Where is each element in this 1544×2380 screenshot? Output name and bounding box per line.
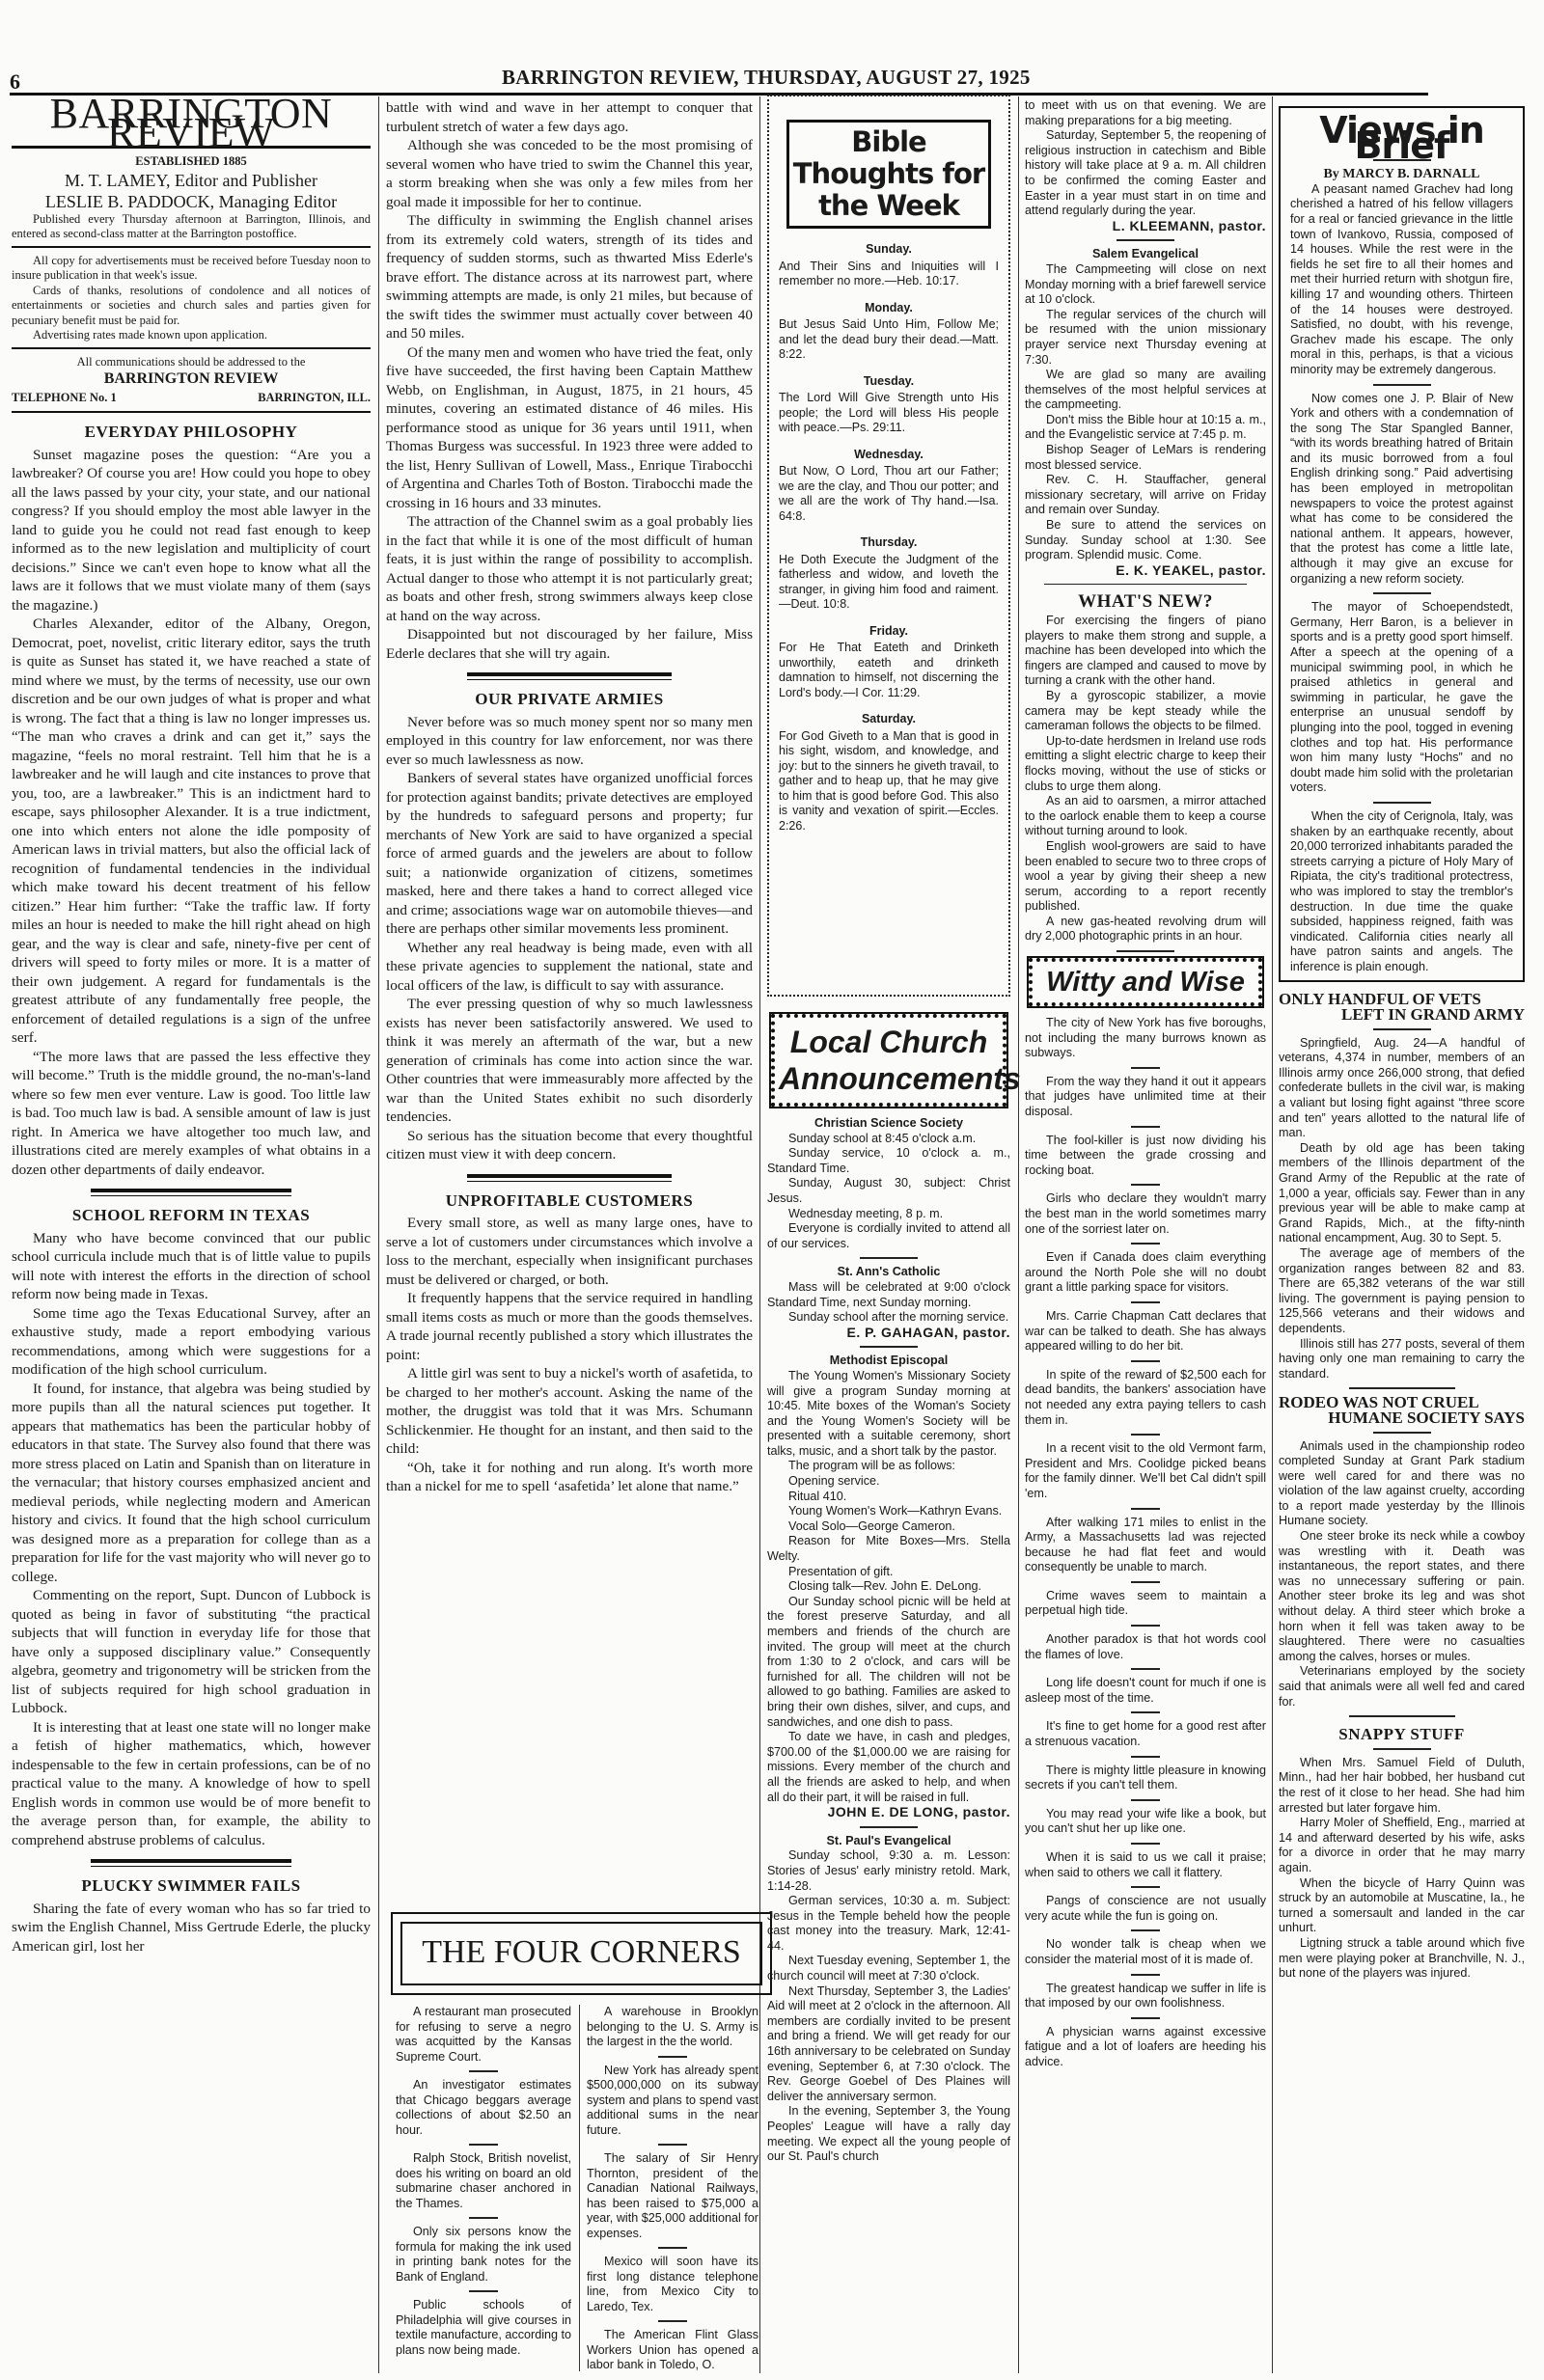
address-name: BARRINGTON REVIEW <box>12 369 371 389</box>
separator <box>1131 2017 1160 2019</box>
church-announcements: Local Church Announcements Christian Sci… <box>767 1008 1010 2165</box>
editorial-paragraph: The attraction of the Channel swim as a … <box>386 512 753 625</box>
communications-line: All communications should be addressed t… <box>12 355 371 370</box>
separator <box>1131 1301 1160 1303</box>
bible-verse: And Their Sins and Iniquities will I rem… <box>779 260 999 289</box>
church-line: Young Women's Work—Kathryn Evans. <box>767 1504 1010 1519</box>
quip: It's fine to get home for a good rest af… <box>1025 1719 1266 1749</box>
column-rule <box>378 96 379 2373</box>
church-line: Sunday, August 30, subject: Christ Jesus… <box>767 1176 1010 1206</box>
rule <box>12 411 371 413</box>
masthead-title: BARRINGTON REVIEW <box>12 104 371 142</box>
rule <box>12 246 371 248</box>
news-item: Up-to-date herdsmen in Ireland use rods … <box>1025 734 1266 794</box>
column-rule <box>1272 96 1273 2373</box>
separator <box>1373 802 1431 804</box>
news-item: When the bicycle of Harry Quinn was stru… <box>1279 1876 1525 1936</box>
pastor-signature: JOHN E. DE LONG, pastor. <box>767 1805 1010 1820</box>
news-paragraph: Illinois still has 277 posts, several of… <box>1279 1337 1525 1382</box>
view-item: The mayor of Schoependstedt, Germany, He… <box>1290 600 1513 796</box>
church-line: Bishop Seager of LeMars is rendering mos… <box>1025 443 1266 473</box>
telephone: TELEPHONE No. 1 <box>12 389 117 408</box>
editorial-paragraph: Some time ago the Texas Educational Surv… <box>12 1304 371 1380</box>
church-line: German services, 10:30 a. m. Subject: Je… <box>767 1894 1010 1954</box>
news-item: As an aid to oarsmen, a mirror attached … <box>1025 794 1266 839</box>
four-corners-header: THE FOUR CORNERS <box>391 1912 772 1995</box>
editorial-heading: PLUCKY SWIMMER FAILS <box>12 1876 371 1896</box>
church-line: Be sure to attend the services on Sunday… <box>1025 518 1266 563</box>
editorial-heading: OUR PRIVATE ARMIES <box>386 690 753 709</box>
separator <box>1373 592 1431 594</box>
editorial-paragraph: Whether any real headway is being made, … <box>386 939 753 996</box>
church-announcements-title: Local Church Announcements <box>771 1014 1006 1107</box>
church-line: Reason for Mite Boxes—Mrs. Stella Welty. <box>767 1534 1010 1564</box>
bible-day: Wednesday. <box>779 448 999 463</box>
publication-notice: Published every Thursday afternoon at Ba… <box>12 212 371 242</box>
headline: ONLY HANDFUL OF VETS LEFT IN GRAND ARMY <box>1279 992 1525 1022</box>
news-paragraph: The average age of members of the organi… <box>1279 1246 1525 1337</box>
separator <box>469 2217 498 2219</box>
bible-thoughts-title: Bible Thoughts for the Week <box>786 120 991 229</box>
church-line: Closing talk—Rev. John E. DeLong. <box>767 1579 1010 1595</box>
quip: The fool-killer is just now dividing his… <box>1025 1134 1266 1179</box>
quip: After walking 171 miles to enlist in the… <box>1025 1516 1266 1575</box>
pastor-signature: L. KLEEMANN, pastor. <box>1025 219 1266 234</box>
news-item: The American Flint Glass Workers Union h… <box>587 2328 758 2373</box>
quip: Pangs of conscience are not usually very… <box>1025 1894 1266 1924</box>
witty-wise-title: Witty and Wise <box>1029 958 1262 1006</box>
news-item: Only six persons know the formula for ma… <box>396 2225 571 2284</box>
column-1: BARRINGTON REVIEW ESTABLISHED 1885 M. T.… <box>12 98 371 1956</box>
editor-line: M. T. LAMEY, Editor and Publisher <box>12 170 371 191</box>
church-name: Methodist Episcopal <box>767 1354 1010 1369</box>
separator <box>1117 950 1174 952</box>
editorial-paragraph: Every small store, as well as many large… <box>386 1214 753 1289</box>
news-item: Mexico will soon have its first long dis… <box>587 2255 758 2314</box>
separator <box>1131 1799 1160 1801</box>
news-paragraph: Death by old age has been taking members… <box>1279 1141 1525 1246</box>
separator <box>1117 239 1174 241</box>
news-item: When Mrs. Samuel Field of Duluth, Minn.,… <box>1279 1756 1525 1816</box>
quip: Girls who declare they wouldn't marry th… <box>1025 1191 1266 1237</box>
church-line: Sunday school after the morning service. <box>767 1310 1010 1326</box>
double-rule <box>467 1174 673 1182</box>
newspaper-page: 6 BARRINGTON REVIEW, THURSDAY, AUGUST 27… <box>0 0 1544 2380</box>
church-line: Opening service. <box>767 1474 1010 1490</box>
news-item: Ligtning struck a table around which fiv… <box>1279 1936 1525 1982</box>
church-name: Christian Science Society <box>767 1116 1010 1132</box>
headline: RODEO WAS NOT CRUEL HUMANE SOCIETY SAYS <box>1279 1395 1525 1425</box>
news-item: Ralph Stock, British novelist, does his … <box>396 2151 571 2211</box>
column-rule <box>759 96 760 2373</box>
separator <box>1131 1929 1160 1931</box>
bible-day: Saturday. <box>779 712 999 727</box>
bible-verse: He Doth Execute the Judgment of the fath… <box>779 553 999 613</box>
separator <box>1131 1360 1160 1362</box>
church-line: to meet with us on that evening. We are … <box>1025 98 1266 128</box>
news-paragraph: Veterinarians employed by the society sa… <box>1279 1664 1525 1710</box>
separator <box>658 2144 687 2146</box>
rates-notice: Advertising rates made known upon applic… <box>12 328 371 343</box>
church-line: Ritual 410. <box>767 1490 1010 1505</box>
editorial-paragraph: The difficulty in swimming the English c… <box>386 211 753 343</box>
views-in-brief-box: Views in Brief By MARCY B. DARNALL A pea… <box>1279 106 1525 982</box>
editorial-paragraph: Many who have become convinced that our … <box>12 1229 371 1304</box>
news-item: An investigator estimates that Chicago b… <box>396 2078 571 2138</box>
separator <box>1373 384 1431 386</box>
ad-copy-notice: All copy for advertisements must be rece… <box>12 254 371 284</box>
managing-editor-line: LESLIE B. PADDOCK, Managing Editor <box>12 191 371 212</box>
editorial-heading: EVERYDAY PHILOSOPHY <box>12 423 371 442</box>
double-rule <box>91 1859 291 1867</box>
church-line: Presentation of gift. <box>767 1565 1010 1580</box>
news-item: By a gyroscopic stabilizer, a movie came… <box>1025 689 1266 734</box>
pastor-signature: E. K. YEAKEL, pastor. <box>1025 563 1266 579</box>
editorial-paragraph: The ever pressing question of why so muc… <box>386 995 753 1127</box>
separator <box>1131 1067 1160 1069</box>
church-name: St. Paul's Evangelical <box>767 1834 1010 1849</box>
editorial-paragraph: “The more laws that are passed the less … <box>12 1048 371 1180</box>
column-4: to meet with us on that evening. We are … <box>1025 98 1266 2070</box>
bible-verse: But Now, O Lord, Thou art our Father; we… <box>779 464 999 524</box>
separator <box>1131 1581 1160 1583</box>
quip: The greatest handicap we suffer in life … <box>1025 1982 1266 2011</box>
church-line: The Campmeeting will close on next Monda… <box>1025 262 1266 308</box>
news-item: A warehouse in Brooklyn belonging to the… <box>587 2005 758 2050</box>
news-paragraph: Animals used in the championship rodeo c… <box>1279 1439 1525 1530</box>
church-line: Don't miss the Bible hour at 10:15 a. m.… <box>1025 413 1266 443</box>
church-line: We are glad so many are availing themsel… <box>1025 368 1266 413</box>
section-heading: SNAPPY STUFF <box>1279 1727 1525 1742</box>
editorial-heading: SCHOOL REFORM IN TEXAS <box>12 1206 371 1225</box>
separator <box>1131 1508 1160 1510</box>
editorial-paragraph: It frequently happens that the service r… <box>386 1289 753 1364</box>
bible-verse: But Jesus Said Unto Him, Follow Me; and … <box>779 317 999 363</box>
church-line: Our Sunday school picnic will be held at… <box>767 1595 1010 1730</box>
established: ESTABLISHED 1885 <box>12 154 371 170</box>
separator <box>1131 1434 1160 1436</box>
four-corners-right: A warehouse in Brooklyn belonging to the… <box>587 2005 758 2377</box>
bible-verse: For He That Eateth and Drinketh unworthi… <box>779 641 999 700</box>
news-item: A new gas-heated revolving drum will dry… <box>1025 915 1266 944</box>
separator <box>1131 1668 1160 1670</box>
editorial-heading: UNPROFITABLE CUSTOMERS <box>386 1191 753 1211</box>
news-item: The salary of Sir Henry Thornton, presid… <box>587 2151 758 2241</box>
column-rule <box>579 2005 580 2371</box>
quip: In spite of the reward of $2,500 each fo… <box>1025 1368 1266 1428</box>
editorial-paragraph: A little girl was sent to buy a nickel's… <box>386 1364 753 1459</box>
bible-day: Tuesday. <box>779 374 999 390</box>
bible-day: Thursday. <box>779 535 999 551</box>
quip: A physician warns against excessive fati… <box>1025 2025 1266 2070</box>
quip: In a recent visit to the old Vermont far… <box>1025 1441 1266 1501</box>
church-line: Wednesday meeting, 8 p. m. <box>767 1207 1010 1222</box>
church-name: Salem Evangelical <box>1025 247 1266 262</box>
separator <box>658 2247 687 2249</box>
bible-day: Sunday. <box>779 242 999 258</box>
rule <box>12 347 371 349</box>
news-item: A restaurant man prosecuted for refusing… <box>396 2005 571 2065</box>
view-item: Now comes one J. P. Blair of New York an… <box>1290 392 1513 588</box>
church-line: The program will be as follows: <box>767 1459 1010 1474</box>
double-rule <box>467 672 673 680</box>
headline-line: LEFT IN GRAND ARMY <box>1279 1007 1525 1023</box>
separator <box>1373 1748 1431 1750</box>
church-line: The Young Women's Missionary Society wil… <box>767 1369 1010 1460</box>
church-line: The regular services of the church will … <box>1025 308 1266 368</box>
views-in-brief-title: Views in Brief <box>1290 123 1513 153</box>
double-rule <box>91 1189 291 1196</box>
separator <box>1131 1974 1160 1976</box>
separator <box>1131 1184 1160 1186</box>
separator <box>1349 1715 1455 1717</box>
editorial-paragraph: Disappointed but not discouraged by her … <box>386 625 753 663</box>
quip: No wonder talk is cheap when we consider… <box>1025 1937 1266 1967</box>
bible-thoughts-box: Bible Thoughts for the Week Sunday. And … <box>767 95 1010 997</box>
page-number: 6 <box>10 69 20 95</box>
editorial-paragraph: Commenting on the report, Supt. Duncon o… <box>12 1586 371 1718</box>
headline-line: HUMANE SOCIETY SAYS <box>1279 1410 1525 1426</box>
church-line: To date we have, in cash and pledges, $7… <box>767 1730 1010 1805</box>
editorial-paragraph: Of the many men and women who have tried… <box>386 343 753 513</box>
news-paragraph: One steer broke its neck while a cowboy … <box>1279 1529 1525 1664</box>
quip: Mrs. Carrie Chapman Catt declares that w… <box>1025 1309 1266 1354</box>
quip: Even if Canada does claim everything aro… <box>1025 1250 1266 1296</box>
four-corners-title: THE FOUR CORNERS <box>400 1922 762 1985</box>
church-line: Vocal Solo—George Cameron. <box>767 1519 1010 1535</box>
separator <box>658 2320 687 2322</box>
section-heading: WHAT'S NEW? <box>1025 594 1266 610</box>
quip: Crime waves seem to maintain a perpetual… <box>1025 1589 1266 1619</box>
byline: By MARCY B. DARNALL <box>1290 167 1513 182</box>
quip: The city of New York has five boroughs, … <box>1025 1016 1266 1061</box>
church-line: Mass will be celebrated at 9:00 o'clock … <box>767 1280 1010 1310</box>
editorial-paragraph: So serious has the situation become that… <box>386 1127 753 1164</box>
news-item: Public schools of Philadelphia will give… <box>396 2298 571 2358</box>
city: BARRINGTON, ILL. <box>258 389 371 408</box>
four-corners-left: A restaurant man prosecuted for refusing… <box>396 2005 571 2362</box>
separator <box>1373 1432 1431 1434</box>
pastor-signature: E. P. GAHAGAN, pastor. <box>767 1326 1010 1341</box>
quip: You may read your wife like a book, but … <box>1025 1807 1266 1837</box>
editorial-paragraph: Sharing the fate of every woman who has … <box>12 1900 371 1956</box>
column-rule <box>1018 96 1019 2373</box>
separator <box>860 1826 918 1828</box>
church-line: In the evening, September 3, the Young P… <box>767 2104 1010 2164</box>
editorial-paragraph: Bankers of several states have organized… <box>386 769 753 939</box>
church-line: Sunday school at 8:45 o'clock a.m. <box>767 1132 1010 1147</box>
column-5: Views in Brief By MARCY B. DARNALL A pea… <box>1279 106 1525 1982</box>
editorial-paragraph: It is interesting that at least one stat… <box>12 1718 371 1850</box>
editorial-paragraph: Never before was so much money spent nor… <box>386 713 753 770</box>
church-line: Sunday service, 10 o'clock a. m., Standa… <box>767 1146 1010 1176</box>
bible-verse: The Lord Will Give Strength unto His peo… <box>779 391 999 436</box>
separator <box>1131 1625 1160 1627</box>
view-item: A peasant named Grachev had long cherish… <box>1290 182 1513 378</box>
news-item: For exercising the fingers of piano play… <box>1025 614 1266 689</box>
quip: From the way they hand it out it appears… <box>1025 1075 1266 1120</box>
church-line: Next Tuesday evening, September 1, the c… <box>767 1954 1010 1983</box>
news-item: Harry Moler of Sheffield, Eng., married … <box>1279 1816 1525 1875</box>
separator <box>469 2070 498 2072</box>
quip: Another paradox is that hot words cool t… <box>1025 1632 1266 1662</box>
quip: Long life doesn't count for much if one … <box>1025 1676 1266 1706</box>
editorial-paragraph: Although she was conceded to be the most… <box>386 136 753 211</box>
news-item: New York has already spent $500,000,000 … <box>587 2064 758 2139</box>
editorial-paragraph: “Oh, take it for nothing and run along. … <box>386 1459 753 1496</box>
church-line: Everyone is cordially invited to attend … <box>767 1221 1010 1251</box>
separator <box>658 2056 687 2058</box>
bible-verse: For God Giveth to a Man that is good in … <box>779 729 999 834</box>
separator <box>469 2290 498 2292</box>
cards-notice: Cards of thanks, resolutions of condolen… <box>12 284 371 329</box>
separator <box>1131 1756 1160 1758</box>
bible-day: Monday. <box>779 301 999 316</box>
separator <box>1131 1711 1160 1713</box>
separator <box>860 1346 918 1348</box>
separator <box>1131 1126 1160 1128</box>
church-line: Rev. C. H. Stauffacher, general missiona… <box>1025 473 1266 518</box>
news-paragraph: Springfield, Aug. 24—A handful of vetera… <box>1279 1036 1525 1141</box>
church-line: Sunday school, 9:30 a. m. Lesson: Storie… <box>767 1848 1010 1894</box>
separator <box>1131 1886 1160 1888</box>
editorial-paragraph: battle with wind and wave in her attempt… <box>386 98 753 136</box>
editorial-paragraph: It found, for instance, that algebra was… <box>12 1380 371 1587</box>
church-name: St. Ann's Catholic <box>767 1265 1010 1280</box>
view-item: When the city of Cerignola, Italy, was s… <box>1290 809 1513 975</box>
bible-day: Friday. <box>779 624 999 640</box>
editorial-paragraph: Charles Alexander, editor of the Albany,… <box>12 615 371 1048</box>
separator <box>1131 1243 1160 1245</box>
editorial-paragraph: Sunset magazine poses the question: “Are… <box>12 446 371 616</box>
quip: When it is said to us we call it praise;… <box>1025 1850 1266 1880</box>
contact-row: TELEPHONE No. 1 BARRINGTON, ILL. <box>12 389 371 408</box>
separator <box>860 1257 918 1259</box>
running-head: BARRINGTON REVIEW, THURSDAY, AUGUST 27, … <box>502 66 1031 90</box>
separator <box>1131 1843 1160 1845</box>
separator <box>1349 1387 1455 1389</box>
church-line: Saturday, September 5, the reopening of … <box>1025 128 1266 219</box>
news-item: English wool-growers are said to have be… <box>1025 839 1266 915</box>
quip: There is mighty little pleasure in knowi… <box>1025 1764 1266 1793</box>
column-2: battle with wind and wave in her attempt… <box>386 98 753 1496</box>
church-line: Next Thursday, September 3, the Ladies' … <box>767 1984 1010 2105</box>
separator <box>1373 1028 1431 1030</box>
separator <box>469 2144 498 2146</box>
